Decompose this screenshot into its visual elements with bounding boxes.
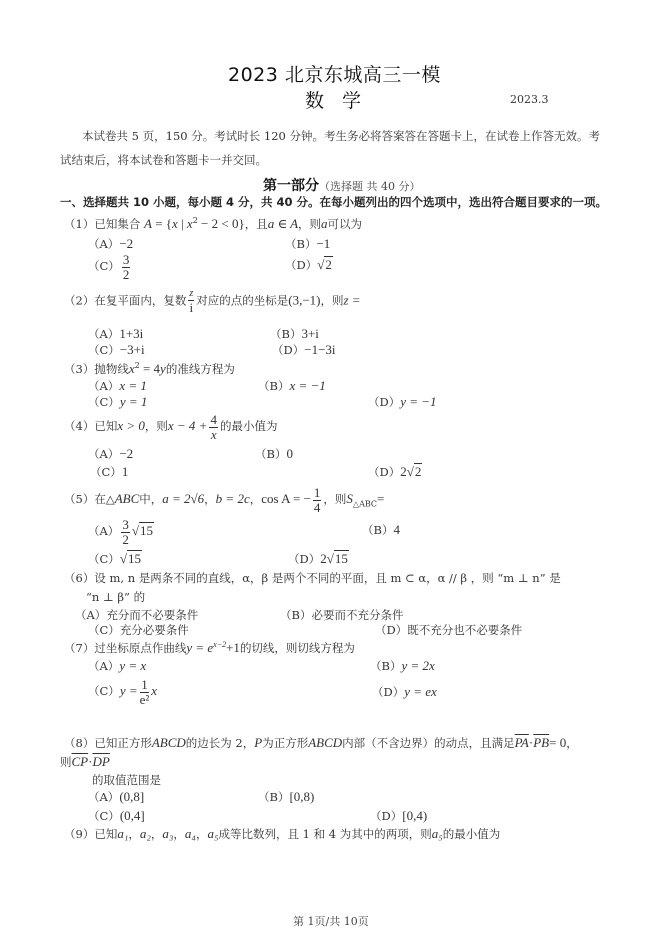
- option-label: （B）: [370, 659, 401, 673]
- option-value: y = −1: [400, 394, 436, 409]
- option-value: −3+i: [120, 342, 145, 357]
- stem-text: 为正方形: [262, 736, 308, 750]
- option-value: x = −1: [289, 378, 325, 393]
- question-1-stem: （1）已知集合 A = {x | x2 − 2 < 0}，且a ∈ A，则a可以…: [64, 216, 362, 232]
- option-value: [0,8): [289, 789, 314, 804]
- radicand: 2: [414, 463, 423, 479]
- question-3-option-c[interactable]: （C）y = 1: [88, 394, 147, 410]
- numerator: 1: [313, 486, 322, 501]
- option-label: （D）: [368, 465, 400, 479]
- question-4-option-a[interactable]: （A）−2: [88, 446, 133, 462]
- option-value: 0: [286, 446, 293, 461]
- sequence-term: a₄: [185, 826, 196, 841]
- question-4-stem: （4）已知x > 0，则x − 4 +4x的最小值为: [64, 413, 277, 441]
- option-label: （D）: [375, 623, 407, 637]
- math-expr: x − 4 +: [168, 418, 208, 433]
- sqrt-expr: √15: [132, 522, 154, 538]
- question-6-option-d[interactable]: （D）既不充分也不必要条件: [375, 622, 522, 638]
- option-value: 4: [393, 522, 400, 537]
- stem-text: 已知正方形: [94, 736, 152, 750]
- coefficient: 2: [320, 551, 327, 566]
- math-expr: y =: [120, 683, 138, 698]
- question-8-stem: （8）已知正方形ABCD的边长为 2，P为正方形ABCD内部（不含边界）的动点，…: [64, 735, 578, 751]
- math-expr: +1: [226, 640, 240, 655]
- option-label: （B）: [280, 608, 311, 622]
- denominator: e²: [140, 693, 150, 707]
- part-title: 第一部分: [263, 178, 319, 194]
- math-expr: = 4: [140, 361, 160, 376]
- question-4-option-d[interactable]: （D）2√2: [368, 464, 422, 480]
- math-expr: x > 0: [117, 418, 145, 433]
- denominator: 4: [313, 501, 322, 515]
- question-2-option-b[interactable]: （B）3+i: [270, 326, 319, 342]
- math-expr: x: [151, 683, 157, 698]
- denominator: 2: [121, 533, 130, 547]
- vector: PB: [533, 735, 549, 750]
- math-expr: A: [144, 216, 152, 231]
- option-value: (0,8]: [119, 789, 144, 804]
- question-6-stem-line-2: “n ⊥ β” 的: [86, 589, 145, 605]
- option-label: （B）: [258, 379, 289, 393]
- question-number: （5）: [64, 492, 94, 506]
- math-expr: |: [178, 216, 187, 231]
- section-heading: 一、选择题共 10 小题，每小题 4 分，共 40 分。在每小题列出的四个选项中…: [60, 194, 607, 210]
- option-label: （A）: [88, 237, 119, 251]
- question-3-option-b[interactable]: （B）x = −1: [258, 378, 326, 394]
- stem-text: 过坐标原点作曲线: [94, 641, 186, 655]
- numerator: 3: [122, 253, 131, 268]
- question-7-option-c[interactable]: （C）y =1e²x: [88, 678, 157, 706]
- stem-text: 中，: [139, 492, 162, 506]
- stem-text: 内部（不含边界）的动点，且满足: [342, 736, 515, 750]
- radicand: 15: [139, 522, 154, 538]
- numerator: 3: [121, 518, 130, 533]
- stem-text: 的最小值为: [220, 419, 278, 433]
- radicand: 15: [127, 550, 142, 566]
- question-2-option-a[interactable]: （A）1+3i: [88, 326, 143, 342]
- question-1-option-c[interactable]: （C）32: [88, 253, 132, 281]
- option-label: （B）: [258, 790, 289, 804]
- question-3-stem: （3）抛物线x2 = 4y的准线方程为: [64, 361, 235, 377]
- sqrt-expr: √15: [120, 550, 142, 566]
- question-5-stem: （5）在△ABC中，a = 2√6，b = 2c，cos A = −14，则S△…: [64, 486, 384, 514]
- math-expr: a₅: [432, 826, 443, 841]
- question-8-stem-line-3: 的取值范围是: [92, 772, 161, 788]
- stem-text: 设 m, n 是两条不同的直线，α，β 是两个不同的平面，且 m ⊂ α，α /…: [94, 571, 560, 585]
- option-label: （C）: [88, 395, 120, 409]
- option-value: −2: [119, 236, 133, 251]
- math-expr: y = e: [186, 640, 213, 655]
- question-number: （2）: [64, 294, 94, 308]
- option-label: （A）: [88, 659, 119, 673]
- question-7-option-a[interactable]: （A）y = x: [88, 658, 146, 674]
- option-label: （D）: [368, 395, 400, 409]
- numerator: z: [188, 289, 194, 301]
- stem-text: 的最小值为: [443, 827, 501, 841]
- stem-text: 的准线方程为: [166, 362, 235, 376]
- question-5-option-d[interactable]: （D）2√15: [288, 551, 349, 567]
- math-expr: = {: [152, 216, 172, 231]
- option-label: （B）: [270, 327, 301, 341]
- option-value: −1: [316, 236, 330, 251]
- question-8-option-c[interactable]: （C）(0,4]: [88, 808, 145, 824]
- fraction: 32: [121, 518, 130, 546]
- option-label: （C）: [88, 809, 120, 823]
- math-expr: ABC: [115, 491, 140, 506]
- math-expr: ABCD: [152, 735, 186, 750]
- stem-text: 抛物线: [94, 362, 129, 376]
- question-7-stem: （7）过坐标原点作曲线y = ex−2+1的切线，则切线方程为: [64, 640, 355, 656]
- option-value: y = ex: [404, 684, 437, 699]
- separator: ，: [204, 492, 216, 506]
- option-label: （A）: [88, 379, 119, 393]
- option-value: y = 2x: [401, 658, 434, 673]
- stem-text: ，且: [245, 217, 268, 231]
- option-label: （C）: [90, 465, 122, 479]
- option-label: （D）: [370, 809, 402, 823]
- question-number: （1）: [64, 217, 94, 231]
- question-5-option-a[interactable]: （A）32√15: [88, 518, 154, 546]
- part-subtitle: （选择题 共 40 分）: [319, 180, 421, 193]
- option-label: （A）: [88, 524, 119, 538]
- numerator: 1: [140, 678, 150, 693]
- question-number: （8）: [64, 736, 94, 750]
- option-label: （A）: [75, 608, 106, 622]
- sqrt-expr: √2: [317, 256, 333, 272]
- stem-text: 的切线，则切线方程为: [240, 641, 355, 655]
- option-value: y = 1: [120, 394, 148, 409]
- question-3-option-a[interactable]: （A）x = 1: [88, 378, 147, 394]
- option-value: −2: [119, 446, 133, 461]
- option-value: 1+3i: [119, 326, 143, 341]
- sequence-term: a₂: [140, 826, 151, 841]
- sequence-term: a₅: [207, 826, 218, 841]
- question-2-option-d[interactable]: （D）−1−3i: [272, 342, 336, 358]
- option-label: （B）: [362, 523, 393, 537]
- option-value: (0,4]: [120, 808, 145, 823]
- fraction: 32: [122, 253, 131, 281]
- radicand: 15: [334, 550, 349, 566]
- option-value: 充分必要条件: [120, 623, 189, 637]
- numerator: 4: [209, 413, 218, 428]
- option-label: （D）: [285, 258, 317, 272]
- denominator: i: [188, 301, 194, 315]
- sequence-term: a₃: [162, 826, 173, 841]
- separator: ，: [196, 827, 208, 841]
- exam-title: 2023 北京东城高三一模: [228, 60, 441, 87]
- stem-text: ，: [566, 736, 578, 750]
- stem-text: 在△: [94, 492, 114, 506]
- stem-text: ，则: [323, 492, 346, 506]
- option-value: x = 1: [119, 378, 147, 393]
- question-number: （7）: [64, 641, 94, 655]
- option-label: （C）: [88, 684, 120, 698]
- math-expr: cos A = −: [261, 491, 311, 506]
- question-number: （3）: [64, 362, 94, 376]
- sqrt-expr: 2√15: [320, 550, 349, 566]
- exam-subject: 数学: [305, 86, 379, 113]
- question-9-stem: （9）已知a₁，a₂，a₃，a₄，a₅成等比数列，且 1 和 4 为其中的两项，…: [64, 826, 500, 842]
- stem-text: 已知集合: [94, 217, 140, 231]
- math-expr: a ∈ A: [268, 216, 298, 231]
- page-indicator: 第 1页/共 10页: [293, 913, 369, 929]
- question-4-option-c[interactable]: （C）1: [90, 464, 128, 480]
- question-2-option-c[interactable]: （C）−3+i: [88, 342, 145, 358]
- option-label: （A）: [88, 790, 119, 804]
- math-expr: b = 2c: [216, 491, 250, 506]
- question-6-option-b[interactable]: （B）必要而不充分条件: [280, 607, 403, 623]
- option-label: （B）: [255, 447, 286, 461]
- question-number: （6）: [64, 571, 94, 585]
- math-expr: − 2 < 0}: [198, 216, 245, 231]
- question-7-option-d[interactable]: （D）y = ex: [372, 684, 437, 700]
- question-5-option-b[interactable]: （B）4: [362, 522, 400, 538]
- question-7-option-b[interactable]: （B）y = 2x: [370, 658, 435, 674]
- math-expr: (3,−1): [288, 293, 320, 308]
- math-expr: a = 2√6: [162, 491, 204, 506]
- option-value: y = x: [119, 658, 146, 673]
- option-label: （C）: [88, 343, 120, 357]
- option-label: （D）: [288, 552, 320, 566]
- option-label: （A）: [88, 327, 119, 341]
- option-label: （A）: [88, 447, 119, 461]
- vector: CP: [72, 754, 89, 769]
- option-value: 必要而不充分条件: [311, 608, 403, 622]
- question-8-option-a[interactable]: （A）(0,8]: [88, 789, 144, 805]
- question-6-stem: （6）设 m, n 是两条不同的直线，α，β 是两个不同的平面，且 m ⊂ α，…: [64, 570, 561, 586]
- stem-text: 已知: [94, 827, 117, 841]
- question-4-option-b[interactable]: （B）0: [255, 446, 293, 462]
- stem-text: ，则: [298, 217, 321, 231]
- option-value: 充分而不必要条件: [106, 608, 198, 622]
- stem-text: 已知: [94, 419, 117, 433]
- stem-text: ，则: [145, 419, 168, 433]
- question-1-option-b[interactable]: （B）−1: [285, 236, 330, 252]
- option-value: [0,4): [402, 808, 427, 823]
- sqrt-expr: 2√2: [400, 463, 422, 479]
- question-6-option-c[interactable]: （C）充分必要条件: [88, 622, 189, 638]
- question-8-option-b[interactable]: （B）[0,8): [258, 789, 314, 805]
- question-2-stem: （2）在复平面内，复数zi对应的点的坐标是(3,−1)，则z =: [64, 289, 361, 314]
- part-heading: 第一部分（选择题 共 40 分）: [263, 175, 421, 195]
- sequence-term: a₁: [117, 826, 128, 841]
- fraction: zi: [188, 289, 194, 314]
- math-expr: z =: [343, 293, 360, 308]
- math-sup: x−2: [213, 640, 226, 649]
- separator: ，: [173, 827, 185, 841]
- vector: PA: [515, 735, 529, 750]
- question-number: （9）: [64, 827, 94, 841]
- denominator: 2: [122, 268, 131, 282]
- coefficient: 2: [400, 464, 407, 479]
- fraction: 4x: [209, 413, 218, 441]
- math-expr: = 0: [549, 735, 566, 750]
- stem-text: 的边长为 2，: [186, 736, 254, 750]
- math-expr: ABCD: [308, 735, 342, 750]
- option-value: −1−3i: [304, 342, 335, 357]
- stem-text: 成等比数列，且 1 和 4 为其中的两项，则: [218, 827, 431, 841]
- fraction: 14: [313, 486, 322, 514]
- separator: ，: [128, 827, 140, 841]
- stem-text: 对应的点的坐标是: [196, 294, 288, 308]
- exam-date: 2023.3: [510, 93, 549, 106]
- option-value: 3+i: [301, 326, 318, 341]
- option-value: 1: [122, 464, 129, 479]
- fraction: 1e²: [140, 678, 150, 706]
- option-value: 既不充分也不必要条件: [407, 623, 522, 637]
- question-8-stem-line-2: 则CP·DP: [60, 754, 110, 770]
- option-label: （C）: [88, 552, 120, 566]
- stem-text: ，则: [320, 294, 343, 308]
- option-label: （C）: [88, 623, 120, 637]
- question-1-option-a[interactable]: （A）−2: [88, 236, 133, 252]
- stem-text: 在复平面内，复数: [94, 294, 186, 308]
- question-6-option-a[interactable]: （A）充分而不必要条件: [75, 607, 198, 623]
- question-number: （4）: [64, 419, 94, 433]
- instructions-line-2: 试结束后，将本试卷和答题卡一并交回。: [60, 152, 267, 168]
- option-label: （B）: [285, 237, 316, 251]
- vector: DP: [92, 754, 109, 769]
- math-sub: △ABC: [353, 499, 377, 508]
- stem-text: 可以为: [328, 217, 363, 231]
- option-label: （D）: [272, 343, 304, 357]
- option-label: （C）: [88, 259, 120, 273]
- question-1-option-d[interactable]: （D）√2: [285, 257, 333, 273]
- separator: ，: [250, 492, 262, 506]
- separator: ，: [151, 827, 163, 841]
- question-5-option-c[interactable]: （C）√15: [88, 551, 142, 567]
- math-expr: =: [377, 491, 384, 506]
- denominator: x: [209, 428, 218, 442]
- stem-text: 则: [60, 755, 72, 769]
- instructions-line-1: 本试卷共 5 页，150 分。考试时长 120 分钟。考生务必将答案答在答题卡上…: [82, 128, 600, 144]
- radicand: 2: [324, 256, 333, 272]
- option-label: （D）: [372, 685, 404, 699]
- question-3-option-d[interactable]: （D）y = −1: [368, 394, 437, 410]
- question-8-option-d[interactable]: （D）[0,4): [370, 808, 427, 824]
